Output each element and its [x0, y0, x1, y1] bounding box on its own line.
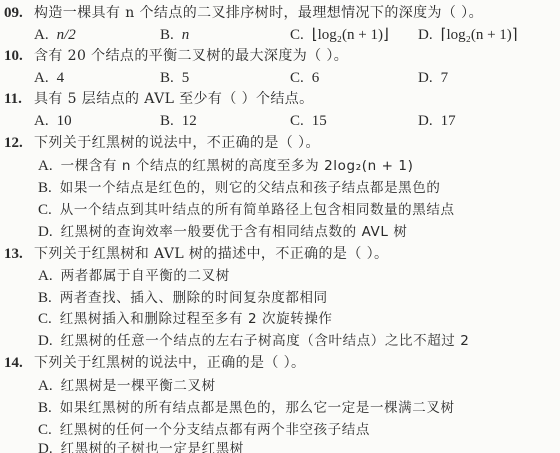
option-label: C.: [38, 311, 52, 327]
option-label: C.: [290, 113, 304, 129]
option-b[interactable]: B.12: [160, 110, 197, 132]
option-text: 12: [182, 113, 197, 129]
option-d[interactable]: D.红黑树的任意一个结点的左右子树高度（含叶结点）之比不超过 2: [38, 330, 469, 352]
option-b[interactable]: B.n: [160, 24, 189, 46]
option-c[interactable]: C.红黑树插入和删除过程至多有 2 次旋转操作: [38, 308, 333, 330]
option-a[interactable]: A.一棵含有 n 个结点的红黑树的高度至多为 2log₂(n + 1): [38, 155, 413, 177]
option-label: C.: [38, 202, 52, 218]
question-number: 11.: [4, 88, 22, 110]
option-text: 红黑树的任意一个结点的左右子树高度（含叶结点）之比不超过 2: [61, 333, 470, 349]
option-label: B.: [160, 113, 174, 129]
option-label: C.: [290, 70, 304, 86]
option-b[interactable]: B.5: [160, 67, 189, 89]
option-a[interactable]: A.4: [34, 67, 64, 89]
option-text: 两者都属于自平衡的二叉树: [61, 268, 230, 284]
question-number: 12.: [4, 132, 23, 154]
option-c[interactable]: C.从一个结点到其叶结点的所有简单路径上包含相同数量的黑结点: [38, 199, 455, 221]
option-d[interactable]: D.红黑树的子树也一定是红黑树: [38, 438, 244, 453]
option-text: 一棵含有 n 个结点的红黑树的高度至多为 2log₂(n + 1): [61, 158, 414, 174]
option-label: B.: [38, 400, 52, 416]
option-text: 两者查找、插入、删除的时间复杂度都相同: [60, 290, 328, 306]
option-a[interactable]: A.n/2: [34, 24, 76, 46]
option-label: C.: [290, 27, 304, 43]
option-c[interactable]: C.⌊log₂(n + 1)⌋: [290, 24, 389, 46]
option-b[interactable]: B.两者查找、插入、删除的时间复杂度都相同: [38, 287, 328, 309]
option-a[interactable]: A.两者都属于自平衡的二叉树: [38, 265, 230, 287]
option-label: A.: [38, 158, 53, 174]
question-number: 09.: [4, 2, 23, 24]
question-stem: 下列关于红黑树和 AVL 树的描述中，不正确的是（ ）。: [34, 243, 388, 265]
option-label: B.: [38, 290, 52, 306]
option-b[interactable]: B.如果红黑树的所有结点都是黑色的，那么它一定是一棵满二叉树: [38, 397, 455, 419]
question-stem: 构造一棵具有 n 个结点的二叉排序树时，最理想情况下的深度为（ ）。: [34, 2, 483, 24]
option-text: 5: [182, 70, 190, 86]
option-label: D.: [38, 441, 53, 453]
option-text: 10: [57, 113, 72, 129]
option-c[interactable]: C.6: [290, 67, 319, 89]
question-number: 10.: [4, 45, 23, 67]
option-label: B.: [160, 27, 174, 43]
option-text: ⌊log₂(n + 1)⌋: [312, 27, 389, 43]
option-c[interactable]: C.15: [290, 110, 327, 132]
option-a[interactable]: A.10: [34, 110, 72, 132]
option-d[interactable]: D.⌈log₂(n + 1)⌉: [418, 24, 518, 46]
option-d[interactable]: D.红黑树的查询效率一般要优于含有相同结点数的 AVL 树: [38, 221, 408, 243]
option-a[interactable]: A.红黑树是一棵平衡二叉树: [38, 375, 216, 397]
option-label: A.: [34, 70, 49, 86]
question-stem: 具有 5 层结点的 AVL 至少有（ ）个结点。: [34, 88, 314, 110]
option-label: D.: [38, 333, 53, 349]
option-text: 4: [57, 70, 65, 86]
option-label: A.: [34, 27, 49, 43]
option-text: 红黑树的任何一个分支结点都有两个非空孩子结点: [60, 422, 370, 438]
option-text: 红黑树的子树也一定是红黑树: [61, 441, 244, 453]
option-d[interactable]: D.7: [418, 67, 448, 89]
option-label: D.: [418, 27, 433, 43]
option-label: B.: [38, 180, 52, 196]
option-text: 红黑树插入和删除过程至多有 2 次旋转操作: [60, 311, 333, 327]
option-d[interactable]: D.17: [418, 110, 456, 132]
option-label: A.: [34, 113, 49, 129]
option-text: 红黑树是一棵平衡二叉树: [61, 378, 216, 394]
option-text: 6: [312, 70, 320, 86]
option-text: 7: [441, 70, 449, 86]
option-text: 从一个结点到其叶结点的所有简单路径上包含相同数量的黑结点: [60, 202, 455, 218]
option-label: B.: [160, 70, 174, 86]
option-b[interactable]: B.如果一个结点是红色的，则它的父结点和孩子结点都是黑色的: [38, 177, 440, 199]
option-label: D.: [418, 113, 433, 129]
option-text: 15: [312, 113, 327, 129]
question-stem: 下列关于红黑树的说法中，不正确的是（ ）。: [34, 132, 320, 154]
option-label: D.: [418, 70, 433, 86]
option-label: C.: [38, 422, 52, 438]
option-text: 17: [441, 113, 456, 129]
option-text: n: [182, 27, 190, 43]
option-text: n/2: [57, 27, 76, 43]
option-text: 如果一个结点是红色的，则它的父结点和孩子结点都是黑色的: [60, 180, 441, 196]
option-text: 红黑树的查询效率一般要优于含有相同结点数的 AVL 树: [61, 224, 408, 240]
option-label: A.: [38, 268, 53, 284]
option-label: D.: [38, 224, 53, 240]
option-text: 如果红黑树的所有结点都是黑色的，那么它一定是一棵满二叉树: [60, 400, 455, 416]
question-stem: 下列关于红黑树的说法中，正确的是（ ）。: [34, 352, 305, 374]
question-stem: 含有 20 个结点的平衡二叉树的最大深度为（ ）。: [34, 45, 348, 67]
exam-page: 09. 构造一棵具有 n 个结点的二叉排序树时，最理想情况下的深度为（ ）。 A…: [0, 0, 560, 453]
question-number: 14.: [4, 352, 23, 374]
option-label: A.: [38, 378, 53, 394]
option-text: ⌈log₂(n + 1)⌉: [441, 27, 518, 43]
question-number: 13.: [4, 243, 23, 265]
